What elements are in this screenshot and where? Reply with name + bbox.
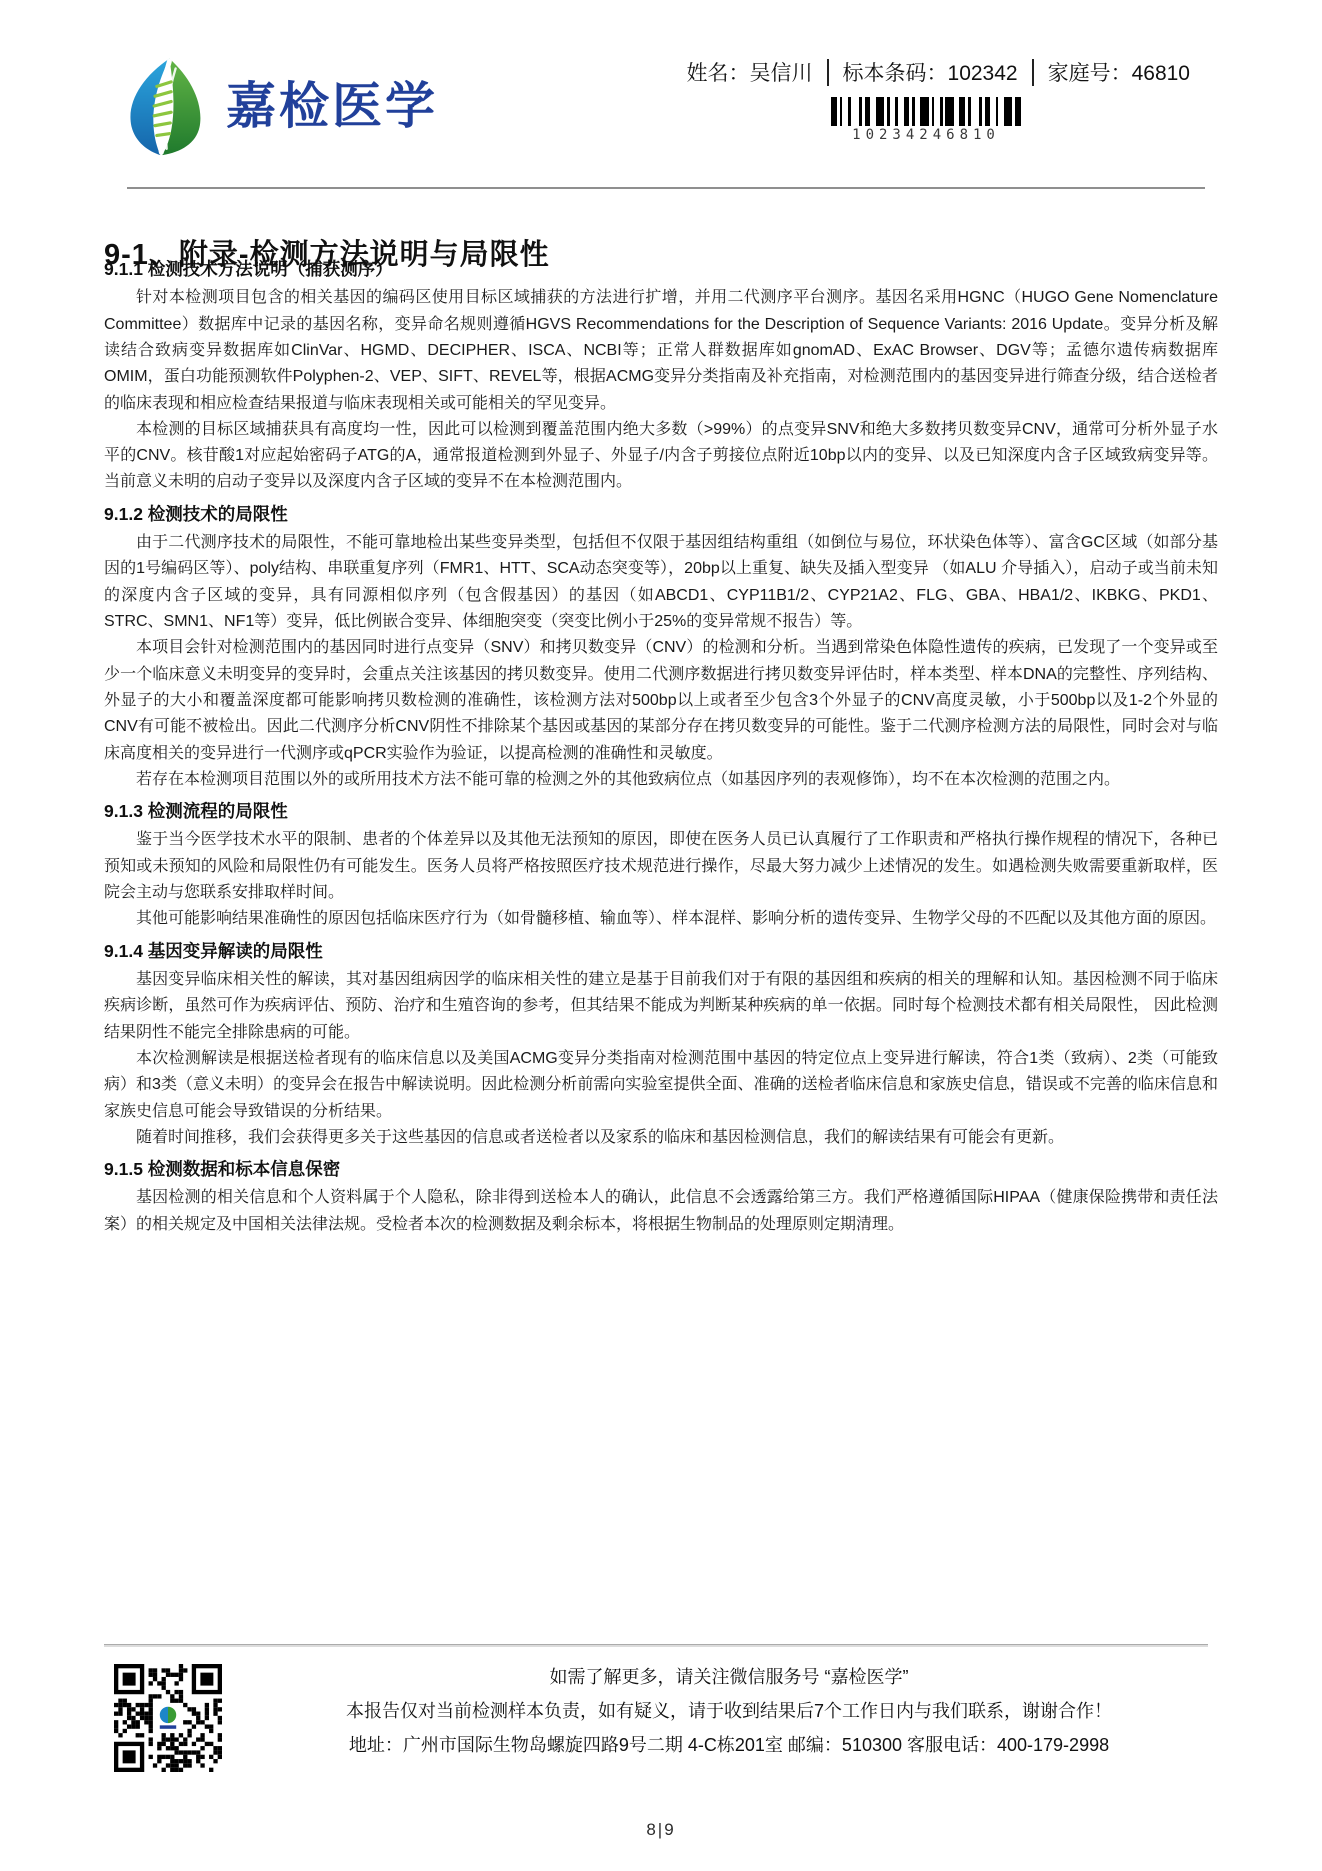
section-9-1-5: 9.1.5 检测数据和标本信息保密 基因检测的相关信息和个人资料属于个人隐私，除… xyxy=(104,1157,1218,1238)
paragraph: 若存在本检测项目范围以外的或所用技术方法不能可靠的检测之外的其他致病位点（如基因… xyxy=(104,767,1218,793)
paragraph: 本次检测解读是根据送检者现有的临床信息以及美国ACMG变异分类指南对检测范围中基… xyxy=(104,1046,1218,1125)
section-heading: 9.1.2 检测技术的局限性 xyxy=(104,502,1218,527)
footer-divider xyxy=(104,1644,1208,1647)
paragraph: 本项目会针对检测范围内的基因同时进行点变异（SNV）和拷贝数变异（CNV）的检测… xyxy=(104,635,1218,766)
paragraph: 本检测的目标区域捕获具有高度均一性，因此可以检测到覆盖范围内绝大多数（>99%）… xyxy=(104,417,1218,496)
section-9-1-1: 9.1.1 检测技术方法说明（捕获测序） 针对本检测项目包含的相关基因的编码区使… xyxy=(104,257,1218,496)
section-heading: 9.1.3 检测流程的局限性 xyxy=(104,799,1218,824)
section-9-1-4: 9.1.4 基因变异解读的局限性 基因变异临床相关性的解读，其对基因组病因学的临… xyxy=(104,939,1218,1151)
footer-notes: 如需了解更多，请关注微信服务号 “嘉检医学” 本报告仅对当前检测样本负责，如有疑… xyxy=(238,1660,1220,1762)
patient-name: 姓名：吴信川 xyxy=(685,57,815,87)
patient-info-separator xyxy=(1032,59,1034,86)
footer-line-wechat: 如需了解更多，请关注微信服务号 “嘉检医学” xyxy=(238,1660,1220,1694)
page-number: 8|9 xyxy=(0,1820,1322,1840)
paragraph: 针对本检测项目包含的相关基因的编码区使用目标区域捕获的方法进行扩增，并用二代测序… xyxy=(104,285,1218,416)
family-number: 家庭号：46810 xyxy=(1046,57,1192,87)
specimen-barcode-text: 标本条码：102342 xyxy=(841,57,1020,87)
wechat-qr-code xyxy=(114,1664,222,1772)
section-9-1-3: 9.1.3 检测流程的局限性 鉴于当今医学技术水平的限制、患者的个体差异以及其他… xyxy=(104,799,1218,933)
patient-info-separator xyxy=(827,59,829,86)
paragraph: 其他可能影响结果准确性的原因包括临床医疗行为（如骨髓移植、输血等）、样本混样、影… xyxy=(104,906,1218,932)
brand-leaf-dna-icon xyxy=(116,56,212,156)
specimen-barcode: 10234246810 xyxy=(828,97,1024,143)
section-heading: 9.1.1 检测技术方法说明（捕获测序） xyxy=(104,257,1218,282)
section-9-1-2: 9.1.2 检测技术的局限性 由于二代测序技术的局限性，不能可靠地检出某些变异类… xyxy=(104,502,1218,793)
barcode-number: 10234246810 xyxy=(828,127,1024,143)
paragraph: 由于二代测序技术的局限性，不能可靠地检出某些变异类型，包括但不仅限于基因组结构重… xyxy=(104,530,1218,635)
brand-name: 嘉检医学 xyxy=(226,81,438,131)
footer-line-address: 地址：广州市国际生物岛螺旋四路9号二期 4-C栋201室 邮编：510300 客… xyxy=(238,1728,1220,1762)
section-heading: 9.1.4 基因变异解读的局限性 xyxy=(104,939,1218,964)
paragraph: 鉴于当今医学技术水平的限制、患者的个体差异以及其他无法预知的原因，即使在医务人员… xyxy=(104,827,1218,906)
section-heading: 9.1.5 检测数据和标本信息保密 xyxy=(104,1157,1218,1182)
patient-info: 姓名：吴信川 标本条码：102342 家庭号：46810 xyxy=(685,57,1192,87)
paragraph: 基因检测的相关信息和个人资料属于个人隐私，除非得到送检本人的确认，此信息不会透露… xyxy=(104,1185,1218,1238)
paragraph: 基因变异临床相关性的解读，其对基因组病因学的临床相关性的建立是基于目前我们对于有… xyxy=(104,967,1218,1046)
paragraph: 随着时间推移，我们会获得更多关于这些基因的信息或者送检者以及家系的临床和基因检测… xyxy=(104,1125,1218,1151)
report-page: 嘉检医学 姓名：吴信川 标本条码：102342 家庭号：46810 102342… xyxy=(0,0,1322,1871)
header-divider xyxy=(127,187,1205,189)
footer-line-disclaimer: 本报告仅对当前检测样本负责，如有疑义，请于收到结果后7个工作日内与我们联系，谢谢… xyxy=(238,1694,1220,1728)
report-body: 9.1.1 检测技术方法说明（捕获测序） 针对本检测项目包含的相关基因的编码区使… xyxy=(104,257,1218,1238)
header-brand: 嘉检医学 xyxy=(116,56,438,156)
barcode-bars xyxy=(828,97,1024,126)
